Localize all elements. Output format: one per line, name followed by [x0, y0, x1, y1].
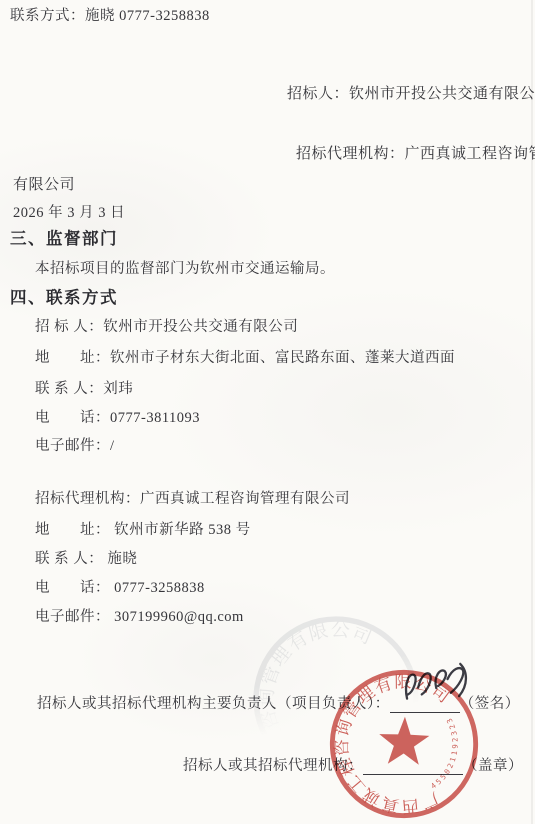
signature-stroke-3	[434, 670, 447, 688]
agency-address-row: 地 址： 钦州市新华路 538 号	[35, 521, 251, 539]
date-line: 2026 年 3 月 3 日	[13, 204, 125, 222]
seal-serial-number: 455021192323	[429, 714, 461, 792]
signature-stroke-1	[405, 674, 418, 698]
seal-star	[378, 716, 430, 765]
tenderer-contact-person-row: 联 系 人：刘玮	[35, 380, 133, 398]
agency-signoff-line: 招标代理机构：广西真诚工程咨询管理	[296, 145, 535, 164]
signature-stroke-2	[417, 673, 432, 695]
tenderer-phone-row: 电 话：0777-3811093	[35, 409, 200, 427]
agency-phone-row: 电 话： 0777-3258838	[35, 579, 205, 597]
svg-text:455021192323: 455021192323	[429, 714, 461, 792]
tenderer-name-row: 招 标 人：钦州市开投公共交通有限公司	[35, 318, 298, 336]
agency-contact-person-row: 联 系 人： 施晓	[35, 550, 137, 568]
agency-name-row: 招标代理机构：广西真诚工程咨询管理有限公司	[35, 490, 350, 508]
handwritten-signature	[396, 657, 478, 714]
agency-signoff-continuation: 有限公司	[13, 176, 75, 195]
agency-email-row: 电子邮件： 307199960@qq.com	[35, 608, 244, 626]
scanned-tender-document-page: 联系方式：施晓 0777-3258838 招标人：钦州市开投公共交通有限公司 招…	[0, 0, 535, 824]
section-supervision-heading: 三、监督部门	[10, 229, 118, 250]
header-contact-line: 联系方式：施晓 0777-3258838	[10, 7, 210, 25]
tenderer-address-row: 地 址：钦州市子材东大街北面、富民路东面、蓬莱大道西面	[35, 349, 455, 367]
section-supervision-body: 本招标项目的监督部门为钦州市交通运输局。	[35, 260, 335, 278]
tenderer-email-row: 电子邮件：/	[35, 437, 115, 455]
tenderer-signoff-line: 招标人：钦州市开投公共交通有限公司	[287, 85, 535, 104]
section-contact-heading: 四、联系方式	[10, 288, 118, 309]
